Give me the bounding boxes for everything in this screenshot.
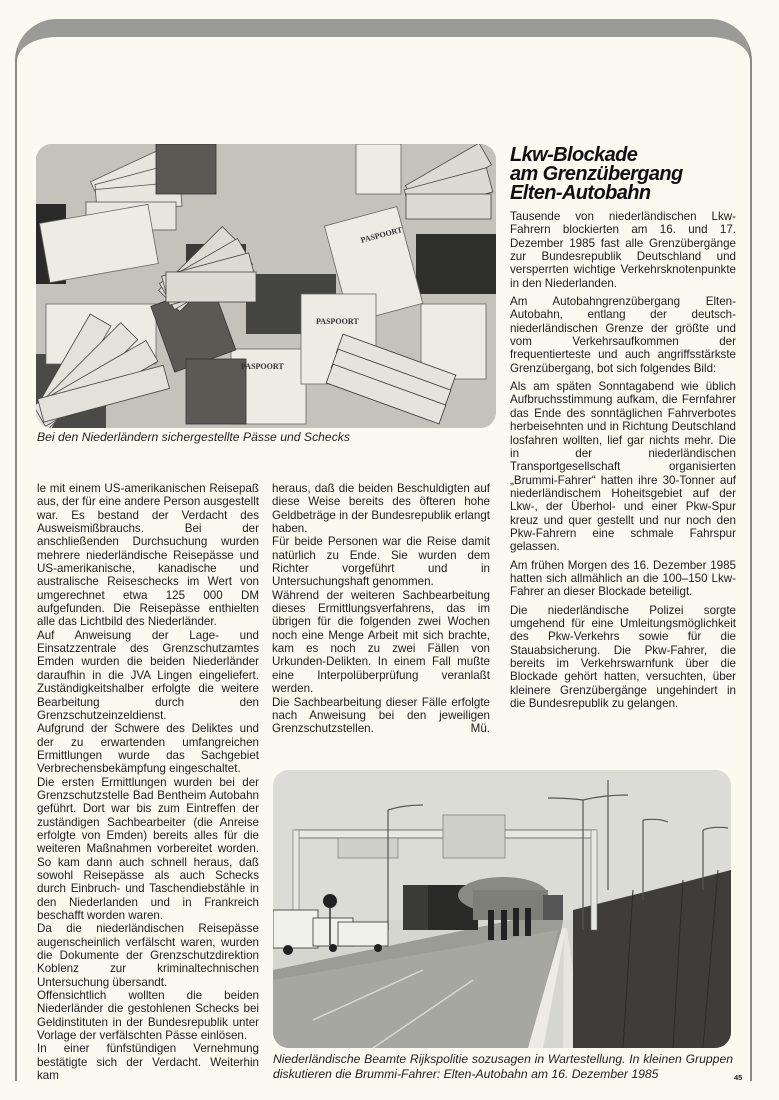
paragraph-text: Die Sachbearbeitung dieser Fälle erfolgt…: [272, 696, 490, 736]
author-signature: Mü.: [471, 722, 490, 735]
paragraph: Am frühen Morgen des 16. Dezember 1985 h…: [510, 559, 736, 599]
story-left-column: le mit einem US-amerikanischen Reisepaß …: [37, 482, 259, 1082]
passports-photo-caption: Bei den Niederländern sichergestellte Pä…: [37, 430, 497, 445]
paragraph: In einer fünfstündigen Vernehmung bestät…: [37, 1042, 259, 1082]
paragraph: Die Sachbearbeitung dieser Fälle erfolgt…: [272, 696, 490, 736]
blockade-photo: [273, 770, 731, 1048]
sidebar-article-body: Tausende von niederländischen Lkw-Fahrer…: [510, 210, 736, 715]
paragraph: Aufgrund der Schwere des Deliktes und de…: [37, 722, 259, 775]
paragraph: Am Autobahngrenzübergang Elten-Autobahn,…: [510, 295, 736, 375]
svg-text:PASPOORT: PASPOORT: [241, 362, 284, 371]
paragraph: Tausende von niederländischen Lkw-Fahrer…: [510, 210, 736, 290]
story-middle-column: heraus, daß die beiden Beschuldigten auf…: [272, 482, 490, 736]
paragraph: heraus, daß die beiden Beschuldigten auf…: [272, 482, 490, 535]
paragraph: Als am späten Sonntagabend wie üblich Au…: [510, 380, 736, 553]
paragraph: Die ersten Ermittlungen wurden bei der G…: [37, 776, 259, 923]
paragraph: Auf Anweisung der Lage- und Einsatzzentr…: [37, 629, 259, 722]
passports-photo: PASPOORT PASPOORT PASPOORT: [36, 144, 496, 428]
article-headline: Lkw-Blockade am Grenzübergang Elten-Auto…: [510, 146, 740, 203]
paragraph: Für beide Personen war die Reise damit n…: [272, 535, 490, 588]
paragraph: Die niederländische Polizei sorgte umgeh…: [510, 604, 736, 711]
svg-text:PASPOORT: PASPOORT: [316, 317, 359, 326]
paragraph: Offensichtlich wollten die beiden Nieder…: [37, 989, 259, 1042]
paragraph: Da die niederländischen Reisepässe augen…: [37, 922, 259, 989]
paragraph: le mit einem US-amerikanischen Reisepaß …: [37, 482, 259, 629]
page-number: 45: [734, 1073, 742, 1082]
paragraph: Während der weiteren Sachbearbeitung die…: [272, 589, 490, 696]
blockade-photo-caption: Niederländische Beamte Rijkspolitie sozu…: [273, 1052, 733, 1082]
headline-line-3: Elten-Autobahn: [510, 184, 740, 203]
